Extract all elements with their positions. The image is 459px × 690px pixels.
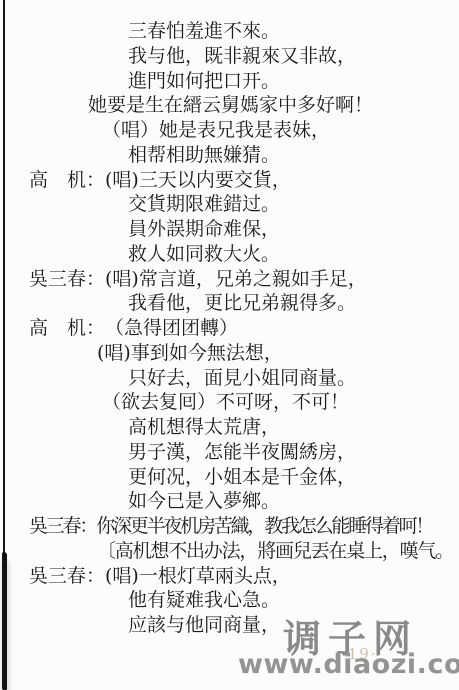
speaker-dialogue: (唱)三天以内要交貨，: [105, 169, 291, 191]
speaker-dialogue: 你深更半夜机房苦織，教我怎么能睡得着呵！: [96, 515, 432, 537]
verse-line: 只好去，面見小姐同商量。: [0, 366, 459, 391]
stage-direction: （急得团团轉）: [105, 317, 238, 339]
speaker-line: 高 机：(唱)三天以内要交貨，: [0, 168, 459, 193]
speaker-label: 高 机：: [29, 316, 105, 341]
verse-line: 高机想得太荒唐，: [0, 415, 459, 440]
speaker-line: 吳三春：(唱)常言道，兄弟之親如手足，: [0, 267, 459, 292]
verse-line: 進門如何把口开。: [0, 69, 459, 94]
verse-line: 交貨期限难錯过。: [0, 192, 459, 217]
speech-line: 她要是生在縉云舅媽家中多好啊！: [0, 93, 459, 118]
sing-cue-line: （唱）她是表兄我是表妹，: [0, 118, 459, 143]
stage-direction-line: （欲去复囘）不可呀，不可！: [0, 390, 459, 415]
script-text: 三春怕羞進不來。 我与他，既非親來又非故， 進門如何把口开。 她要是生在縉云舅媽…: [0, 19, 459, 638]
verse-line: 我看他，更比兄弟親得多。: [0, 291, 459, 316]
speaker-dialogue: (唱)一根灯草兩头点，: [105, 565, 291, 587]
speaker-label: 吳三春：: [29, 564, 105, 589]
watermark-site-url: www.diaozi.com: [238, 649, 459, 680]
verse-line: 員外誤期命难保，: [0, 217, 459, 242]
verse-line: 如今已是入夢鄉。: [0, 489, 459, 514]
scanned-script-page: 三春怕羞進不來。 我与他，既非親來又非故， 進門如何把口开。 她要是生在縉云舅媽…: [0, 0, 459, 690]
speaker-line: 吳三春：(唱)一根灯草兩头点，: [0, 564, 459, 589]
stage-direction-line: 〔高机想不出办法，將画兒丟在桌上，嘆气。: [0, 539, 459, 564]
speaker-label: 吳三春：: [29, 267, 105, 292]
sing-cue-line: (唱)事到如今無法想，: [0, 341, 459, 366]
verse-line: 男子漢，怎能半夜闖綉房，: [0, 440, 459, 465]
speaker-label: 高 机：: [29, 168, 105, 193]
verse-line: 我与他，既非親來又非故，: [0, 44, 459, 69]
verse-line: 救人如同救大火。: [0, 242, 459, 267]
verse-line: 三春怕羞進不來。: [0, 19, 459, 44]
verse-line: 相帮相助無嫌猜。: [0, 143, 459, 168]
speaker-line: 吳三春：你深更半夜机房苦織，教我怎么能睡得着呵！: [0, 514, 459, 539]
speaker-dialogue: (唱)常言道，兄弟之親如手足，: [105, 268, 367, 290]
verse-line: 更何况，小姐本是千金体，: [0, 465, 459, 490]
speaker-line: 高 机：（急得团团轉）: [0, 316, 459, 341]
speaker-label: 吳三春：: [29, 514, 96, 539]
